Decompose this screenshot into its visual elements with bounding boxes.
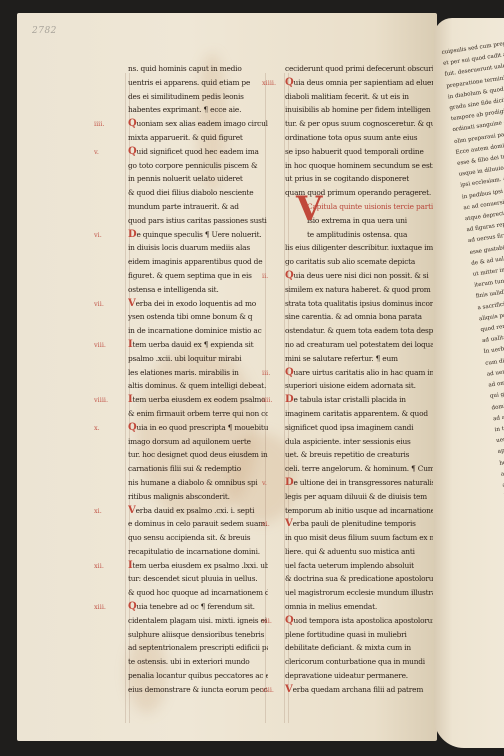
text-line: in diuisis locis duarum mediis alas [128, 241, 268, 255]
folio-number: 2782 [32, 26, 57, 36]
text-line: in de incarnatione dominice mistio ac [128, 324, 268, 338]
chapter-numeral: viii. [262, 686, 274, 694]
rubric-initial: Q [128, 118, 137, 129]
chapter-numeral: v. [94, 148, 99, 156]
text-line: & quod diei filius diabolo nesciente [128, 186, 268, 200]
text-line: eidem imaginis apparentibus quod de [128, 255, 268, 269]
text-line: depravatione uideatur permanere. [285, 669, 433, 683]
text-line: in quo misit deus filium suum factum ex … [285, 531, 433, 545]
text-line: & quod hoc quoque ad incarnationem domin… [128, 586, 268, 600]
text-line: in hoc quoque hominem secundum se estima… [285, 159, 433, 173]
text-line: go toto corpore penniculis piscem & [128, 159, 268, 173]
text-line: uel facta ueterum implendo absoluit [285, 559, 433, 573]
rubric-initial: Q [128, 146, 137, 157]
rubric-initial: D [285, 477, 293, 488]
chapter-numeral: iii. [262, 369, 270, 377]
text-line: carnationis filii sui & redemptio [128, 462, 268, 476]
text-line: imaginem caritatis apparentem. & quod [285, 407, 433, 421]
text-line: Quod tempora ista apostolica apostolorum [285, 614, 433, 628]
text-line: ad septentrionalem prescripti edificii p… [128, 641, 268, 655]
text-line: liere. qui & aduentu suo mistica anti [285, 545, 433, 559]
text-line: tur. & per opus suum cognosceretur. & qu… [285, 117, 433, 131]
rubric-initial: D [128, 229, 136, 240]
text-line: Quoniam sex alias eadem imago circula [128, 117, 268, 131]
decorated-initial: V [296, 192, 322, 226]
text-line: uentris ei apparens. quid etiam pe [128, 76, 268, 90]
text-line: diaboli malitiam fecerit. & ut eis in [285, 90, 433, 104]
rubric-initial: Q [285, 615, 294, 626]
chapter-numeral: vii. [94, 300, 104, 308]
left-text-column: ns. quid hominis caput in mediouentris e… [128, 62, 268, 697]
text-line: ns. quid hominis caput in medio [128, 62, 268, 76]
text-line: eius demonstrare & iuncta eorum peccator… [128, 683, 268, 697]
text-line: se ipso habuerit quod temporali ordine [285, 145, 433, 159]
text-line: celi. terre angelorum. & hominum. ¶ Cum [285, 462, 433, 476]
chapter-numeral: xii. [94, 562, 104, 570]
chapter-numeral: vi. [94, 231, 102, 239]
text-line: Quid significet quod hec eadem ima [128, 145, 268, 159]
text-line: & doctrina sua & predicatione apostoloru… [285, 572, 433, 586]
text-line: in pennis noluerit uelato uideret [128, 172, 268, 186]
text-line: quod pars istius caritas passiones susti [128, 214, 268, 228]
chapter-numeral: vi. [262, 520, 270, 528]
text-line: penalia locantur quibus peccatores ac er… [128, 669, 268, 683]
text-line: similem ex natura haberet. & quod prom [285, 283, 433, 297]
text-line: psalmo .xcii. ubi loquitur mirabi [128, 352, 268, 366]
text-line: ordinatione tota opus suum ante eius [285, 131, 433, 145]
rubric-initial: Q [285, 270, 294, 281]
text-line: uel magistrorum ecclesie mundum illustra… [285, 586, 433, 600]
chapter-numeral: iiii. [262, 396, 272, 404]
rubric-initial: Q [285, 77, 294, 88]
text-line: De tabula istar cristalli placida in [285, 393, 433, 407]
right-text-column: ceciderunt quod primi defecerunt obscuri… [285, 62, 433, 697]
chapter-numeral: viiii. [94, 396, 108, 404]
text-line: habentes exprimant. ¶ ecce aie. [128, 103, 268, 117]
text-line: Quia in eo quod prescripta ¶ mouebitur. [128, 421, 268, 435]
chapter-numeral: iiii. [94, 120, 104, 128]
text-line: strata tota qualitatis ipsius dominus in… [285, 297, 433, 311]
text-line: te ostensis. ubi in exteriori mundo [128, 655, 268, 669]
text-line: imago dorsum ad aquilonem uerte [128, 435, 268, 449]
text-line: De quinque speculis ¶ Uere noluerit. [128, 228, 268, 242]
text-line: superiori uisione eidem adornata sit. [285, 379, 433, 393]
text-line: omnia in melius emendat. [285, 600, 433, 614]
text-line: debilitate deficiant. & mixta cum in [285, 641, 433, 655]
text-line: Quia tenebre ad oc ¶ ferendum sit. [128, 600, 268, 614]
text-line: lis eius diligenter describitur. iuxtaqu… [285, 241, 433, 255]
text-line: ostendatur. & quem tota eadem tota desp [285, 324, 433, 338]
text-line: ceciderunt quod primi defecerunt obscuri… [285, 62, 433, 76]
text-line: tur: descendet sicut pluuia in uellus. [128, 572, 268, 586]
text-line: mini se salutare refertur. ¶ eum [285, 352, 433, 366]
rubric-initial: D [285, 394, 293, 405]
text-line: De ultione dei in transgressores natural… [285, 476, 433, 490]
rubric-initial: Q [128, 422, 137, 433]
text-line: nis humane a diabolo & omnibus spi [128, 476, 268, 490]
rubric-initial: I [128, 394, 132, 405]
text-line: tur. hoc designet quod deus eiusdem in [128, 448, 268, 462]
text-line: no ad creaturam uel potestatem dei loqua [285, 338, 433, 352]
rubric-initial: Q [285, 367, 294, 378]
text-line: te amplitudinis ostensa. qua [285, 228, 433, 242]
text-line: sulphure aliisque densioribus tenebris [128, 628, 268, 642]
chapter-numeral: xi. [94, 507, 102, 515]
chapter-numeral: x. [94, 424, 100, 432]
text-line: significet quod ipsa imaginem candi [285, 421, 433, 435]
chapter-numeral: v. [262, 479, 267, 487]
text-line: Verba quedam archana filii ad patrem [285, 683, 433, 697]
rubric-initial: Q [128, 601, 137, 612]
text-line: mixta apparuerit. & quid figuret [128, 131, 268, 145]
text-line: e dominus in celo parauit sedem suam. & [128, 517, 268, 531]
chapter-numeral: vii. [262, 617, 272, 625]
text-line: Quia deus omnia per sapientiam ad eluend… [285, 76, 433, 90]
text-line: Item uerba eiusdem ex eodem psalmo ii. c… [128, 393, 268, 407]
text-line: ut prius in se cogitando disponeret [285, 172, 433, 186]
text-line: Verba pauli de plenitudine temporis [285, 517, 433, 531]
text-line: ostensa e intelligenda sit. [128, 283, 268, 297]
rubric-initial: V [128, 298, 136, 309]
rubric-initial: I [128, 560, 132, 571]
rubric-initial: V [128, 505, 136, 516]
text-line: Item uerba dauid ex ¶ expienda sit [128, 338, 268, 352]
text-line: cidentalem plagam uisi. mixti. igneis ei [128, 614, 268, 628]
text-line: ritibus malignis absconderit. [128, 490, 268, 504]
text-line: des ei similitudinem pedis leonis [128, 90, 268, 104]
text-line: ysen ostenda tibi omne bonum & q [128, 310, 268, 324]
text-line: Quare uirtus caritatis alio in hac quam … [285, 366, 433, 380]
text-line: Item uerba eiusdem ex psalmo .lxxi. ubi … [128, 559, 268, 573]
text-line: uet. & breuis repetitio de creaturis [285, 448, 433, 462]
text-line: quo sensu accipienda sit. & breuis [128, 531, 268, 545]
text-line: & enim firmauit orbem terre qui non co [128, 407, 268, 421]
text-line: mundum parte intrauerit. & ad [128, 200, 268, 214]
text-line: dula aspiciente. inter sessionis eius [285, 435, 433, 449]
chapter-numeral: xiii. [94, 603, 106, 611]
text-line: sine carentia. & ad omnia bona parata [285, 310, 433, 324]
text-line: Verba dauid ex psalmo .cxi. i. septi [128, 504, 268, 518]
text-line: legis per aquam diluuii & de diuisis tem [285, 490, 433, 504]
chapter-numeral: xiiii. [262, 79, 276, 87]
text-line: recapitulatio de incarnatione domini. [128, 545, 268, 559]
chapter-numeral: viii. [94, 341, 106, 349]
text-line: plene fortitudine quasi in muliebri [285, 628, 433, 642]
rubric-initial: V [285, 684, 293, 695]
text-line: Quia deus uere nisi dici non possit. & s… [285, 269, 433, 283]
text-line: altis dominus. & quem intelligi debeat. [128, 379, 268, 393]
text-line: les elationes maris. mirabilis in [128, 366, 268, 380]
text-line: inuisibilis ab homine per fidem intellig… [285, 103, 433, 117]
text-line: temporum ab initio usque ad incarnatione… [285, 504, 433, 518]
rubric-initial: I [128, 339, 132, 350]
rubric-initial: V [285, 518, 293, 529]
chapter-numeral: ii. [262, 272, 268, 280]
text-line: go caritatis sub alio scemate depicta [285, 255, 433, 269]
text-line: clericorum conturbatione qua in mundi [285, 655, 433, 669]
text-line: figuret. & quem septima que in eis [128, 269, 268, 283]
text-line: Verba dei in exodo loquentis ad mo [128, 297, 268, 311]
